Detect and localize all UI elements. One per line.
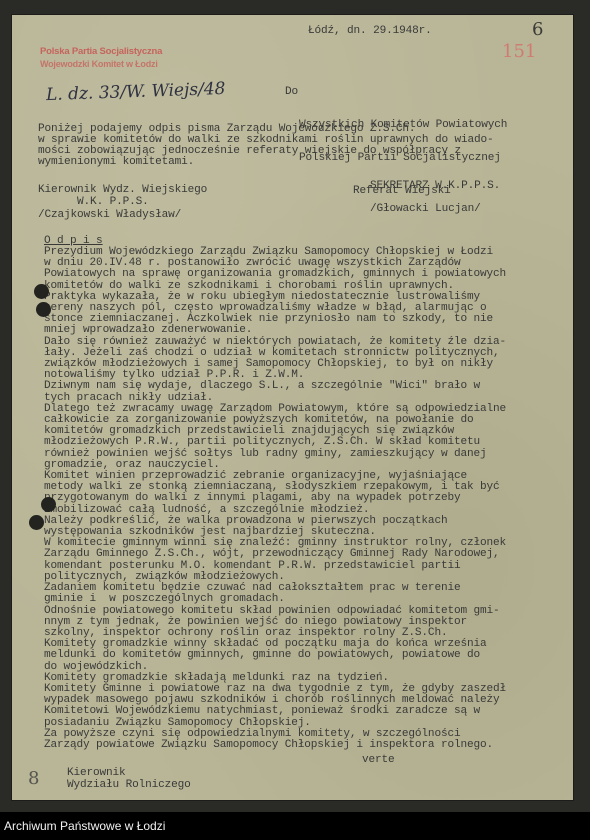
punch-hole [34,284,49,299]
addressee-to: Do [285,87,507,98]
punch-hole [41,497,56,512]
punch-hole [36,302,51,317]
stamp-line-2: Wojewodzki Komitet w Łodzi [40,58,162,71]
handwritten-page-number: 6 [532,19,543,40]
right-signatory-title: SEKRETARZ W.K.P.P.S. [370,181,500,193]
archive-name: Archiwum Państwowe w Łodzi [4,819,165,833]
party-stamp: Polska Partia Socjalistyczna Wojewodzki … [40,45,162,71]
scan-backdrop: Polska Partia Socjalistyczna Wojewodzki … [0,0,590,812]
copy-body-text: Prezydium Wojewódzkiego Zarządu Związku … [44,247,506,751]
intro-paragraph: Poniżej podajemy odpis pisma Zarządu Woj… [38,124,494,168]
left-signatory-title: Kierownik Wydz. Wiejskiego W.K. P.P.S. [38,184,207,208]
punch-hole [29,515,44,530]
stamp-line-1: Polska Partia Socjalistyczna [40,45,162,58]
red-pencil-number: 151 [502,41,536,62]
verte-note: verte [362,755,395,767]
closing-signatory: Kierownik Wydziału Rolniczego [67,767,191,791]
right-signatory-name: /Głowacki Lucjan/ [370,204,481,216]
left-signatory-name: /Czajkowski Władysław/ [38,210,181,222]
place-and-date: Łódź, dn. 29.1948r. [308,26,432,38]
pencil-folio-number: 8 [28,768,39,789]
handwritten-reference-number: L. dz. 33/W. Wiejs/48 [46,79,226,105]
archive-caption-bar: Archiwum Państwowe w Łodzi [0,812,590,840]
document-page: Polska Partia Socjalistyczna Wojewodzki … [12,15,573,800]
